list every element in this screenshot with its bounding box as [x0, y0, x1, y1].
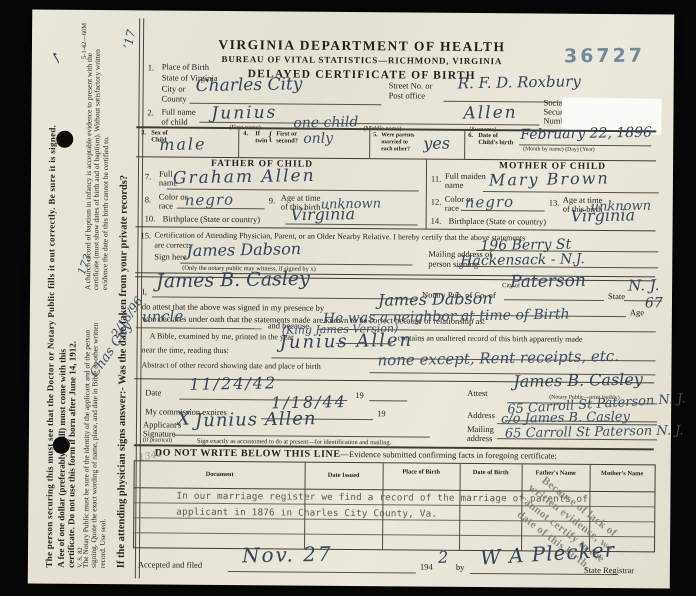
notary-name-line — [152, 296, 416, 299]
mother-race-value: negro — [465, 193, 515, 212]
twin-value-line2: only — [303, 130, 333, 147]
field12-number: 12. — [431, 197, 442, 207]
commission-19: 19 — [377, 408, 386, 418]
field10-number: 10. — [145, 213, 156, 223]
field4-brace: { — [267, 128, 273, 144]
field14-label: Birthplace (State or country) — [449, 216, 547, 227]
field1-label-place: Place of Birth — [162, 62, 209, 73]
sign-here-label: Sign here — [154, 251, 186, 261]
handwritten-answer-17: ’17 — [121, 28, 139, 50]
accepted-filed-label: Accepted and filed — [138, 559, 202, 570]
field2-number: 2. — [147, 107, 153, 117]
informant-signature: James Dabson — [186, 239, 301, 260]
attest-signature: James B. Casley — [513, 370, 643, 391]
field13-number: 13. — [549, 198, 560, 208]
relationship-value: uncle — [142, 307, 184, 326]
address-label: Address — [467, 410, 495, 420]
field14-number: 14. — [431, 216, 442, 226]
street-label-1: Street No. or — [389, 80, 433, 91]
col-header-date-issued: Date Issued — [305, 472, 383, 480]
mailing2-label-2: address — [467, 433, 493, 443]
field8-number: 8. — [145, 194, 151, 204]
mother-name-value: Mary Brown — [489, 168, 610, 189]
cert-statement-line2: are correct: — [154, 240, 190, 250]
field6-number: 6. — [468, 132, 473, 140]
field15-number: 15. — [140, 230, 151, 240]
parent-column-divider — [426, 159, 428, 229]
box-divider-2 — [369, 128, 370, 158]
certificate-paper: The person securing this must see that t… — [28, 9, 674, 588]
notary-city-value: Paterson — [510, 271, 586, 292]
col-header-mothers-name: Mother's Name — [590, 470, 655, 478]
field8-label-2: race — [159, 200, 173, 210]
punch-hole-bottom — [53, 437, 70, 454]
mother-birthplace-value: Virginia — [570, 205, 635, 225]
bible-sentence-post: , contains an unaltered record of this b… — [394, 333, 583, 344]
date-19-line — [369, 400, 407, 401]
field6-label-2: Child's birth — [478, 139, 513, 147]
box-divider-3 — [464, 129, 465, 159]
notary-city-line — [504, 299, 604, 301]
parents-married-value: yes — [423, 133, 450, 152]
field5-label-3: each other? — [381, 146, 410, 153]
field11-number: 11. — [431, 174, 441, 184]
do-not-write-bold: DO NOT WRITE BELOW THIS LINE — [155, 447, 341, 459]
field10-label: Birthplace (State or country) — [163, 214, 261, 225]
field4-sub-2: second? — [276, 137, 298, 145]
notary-state-value: N. J. — [628, 276, 660, 295]
margin-church-paragraph: A church record of baptism in infancy is… — [84, 23, 111, 290]
attested-person-signature: James Dabson — [378, 289, 493, 310]
box-divider-1 — [238, 127, 239, 157]
field9-number: 9. — [269, 195, 275, 205]
applicant-signature: Junius Allen — [195, 408, 317, 431]
notary-name-signature: James B. Casley — [156, 268, 310, 293]
county-value: Charles City — [196, 74, 303, 96]
margin-physician-question: If the attending physician signs answer:… — [116, 23, 131, 568]
table-col-divider-3 — [459, 464, 461, 550]
state-registrar-label: State Registrar — [584, 565, 634, 576]
col-header-document: Document — [135, 470, 305, 479]
field4-label-2: twin — [255, 137, 267, 145]
field7-number: 7. — [145, 171, 151, 181]
sex-value: male — [159, 134, 207, 154]
age-label: Age — [630, 307, 644, 317]
field1-label-county: County — [162, 94, 187, 104]
abstract-value: none except, Rent receipts, etc. — [377, 347, 619, 369]
evidence-typed-line2: applicant in 1876 in Charles City County… — [176, 507, 437, 520]
bible-record-name: Junius Allen — [279, 330, 413, 353]
field1-number: 1. — [148, 62, 154, 72]
birthdate-value: February 22, 1896 — [520, 125, 652, 143]
bureau-subtitle: BUREAU OF VITAL STATISTICS—RICHMOND, VIR… — [182, 54, 542, 68]
year-194-prefix: 194 — [420, 562, 433, 572]
applicant-x-mark: X — [177, 409, 190, 430]
field2-label-1: Full name — [161, 107, 195, 117]
child-first-name: Junius — [211, 103, 277, 124]
twin-value-line1: one child — [293, 114, 358, 131]
relationship-line — [136, 327, 262, 329]
field2-label-2: of child — [161, 117, 187, 127]
date-value: 11/24/42 — [189, 373, 277, 394]
punch-hole-top — [56, 131, 73, 148]
street-label-2: Post office — [389, 90, 426, 100]
birthdate-sub-labels: (Month by name) (Day) (Year) — [523, 146, 595, 154]
father-name-value: Graham Allen — [173, 166, 316, 189]
date-label: Date — [145, 387, 161, 397]
state-label: State — [608, 291, 625, 301]
notary-i-label: I, — [142, 286, 147, 296]
accepted-date-value: Nov. 27 — [242, 542, 333, 568]
father-birthplace-value: Virginia — [290, 204, 355, 224]
field12-label-2: race — [445, 203, 459, 213]
col-header-place-of-birth: Place of Birth — [383, 468, 460, 476]
year-digit-value: 2 — [438, 548, 449, 567]
bible-sentence-pre: A Bible, examined by me, printed in the … — [150, 331, 294, 342]
department-title: VIRGINIA DEPARTMENT OF HEALTH — [182, 37, 542, 56]
photo-of-certificate: { "photo": { "stamp_number": "36727" }, … — [0, 0, 696, 596]
field3-number: 3. — [141, 129, 146, 137]
father-race-value: negro — [185, 190, 235, 209]
by-label: by — [456, 562, 465, 572]
field1-label-cityor: City or — [162, 84, 186, 94]
bible-sentence-line2: near the time, reading thus: — [142, 345, 229, 355]
certificate-number-stamp: 36727 — [564, 45, 645, 68]
attest-label: Attest — [467, 388, 487, 398]
field4-number: 4. — [243, 130, 248, 138]
margin-paragraphs: The Notary Public must be sure of the id… — [82, 23, 111, 568]
abstract-label: Abstract of other record showing date an… — [141, 360, 320, 371]
date-19-prefix: 19 — [355, 390, 364, 400]
father-birthplace-line — [286, 223, 418, 225]
street-value: R. F. D. Roxbury — [458, 72, 581, 92]
field11-label-2: name — [445, 180, 464, 190]
child-surname: Allen — [463, 103, 518, 124]
accepted-date-line — [228, 571, 416, 573]
attested-age-value: 67 — [645, 295, 663, 311]
field5-number: 5. — [373, 132, 377, 139]
